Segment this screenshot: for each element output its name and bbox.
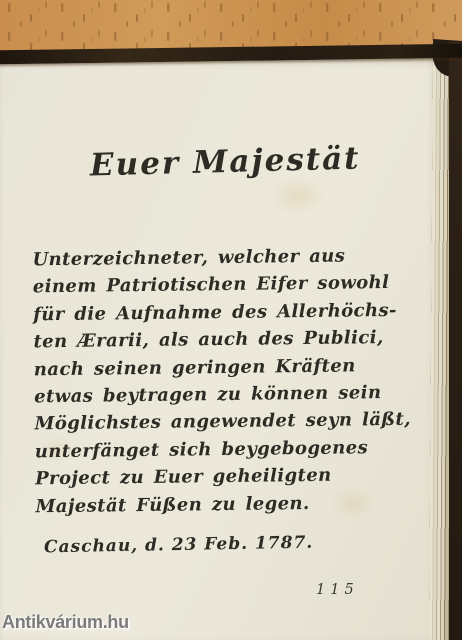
page-number: 115: [316, 582, 359, 598]
antikvarium-watermark: Antikvárium.hu: [2, 612, 129, 633]
book-page: Euer Majestät Unterzeichneter, welcher a…: [0, 56, 437, 640]
handwritten-line: ten Ærarii, als auch des Publici,: [33, 324, 413, 356]
handwritten-paragraph: Unterzeichneter, welcher aus einem Patri…: [32, 242, 415, 521]
handwritten-line: unterfänget sich beygebogenes: [35, 434, 415, 466]
handwritten-dateline: Caschau, d. 23 Feb. 1787.: [44, 533, 314, 558]
handwritten-line: Majestät Füßen zu legen.: [35, 488, 415, 520]
book-cover-right-edge: [449, 42, 462, 640]
handwritten-title: Euer Majestät: [90, 140, 361, 183]
book-photo: Euer Majestät Unterzeichneter, welcher a…: [0, 0, 462, 640]
handwritten-line: Möglichstes angewendet seyn läßt,: [34, 406, 414, 438]
handwritten-line: einem Patriotischen Eifer sowohl: [33, 269, 413, 301]
page-stain: [270, 176, 326, 216]
